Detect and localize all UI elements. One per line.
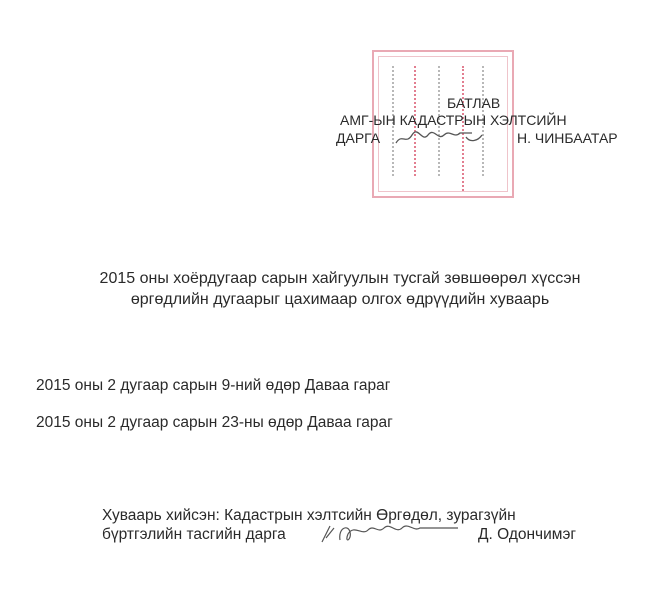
preparer-signature	[318, 518, 468, 548]
footer-name: Д. Одончимэг	[478, 525, 576, 544]
director-signature	[392, 125, 487, 149]
document-title: 2015 оны хоёрдугаар сарын хайгуулын тусг…	[40, 268, 640, 310]
footer-position: бүртгэлийн тасгийн дарга	[102, 525, 286, 544]
approval-heading: БАТЛАВ	[447, 95, 500, 112]
approval-name: Н. ЧИНБААТАР	[517, 130, 618, 147]
schedule-date-1: 2015 оны 2 дугаар сарын 9-ний өдөр Даваа…	[36, 377, 390, 395]
title-line-2: өргөдлийн дугаарыг цахимаар олгох өдрүүд…	[40, 289, 640, 310]
schedule-date-2: 2015 оны 2 дугаар сарын 23-ны өдөр Даваа…	[36, 414, 393, 432]
title-line-1: 2015 оны хоёрдугаар сарын хайгуулын тусг…	[40, 268, 640, 289]
approval-position: ДАРГА	[336, 130, 380, 147]
